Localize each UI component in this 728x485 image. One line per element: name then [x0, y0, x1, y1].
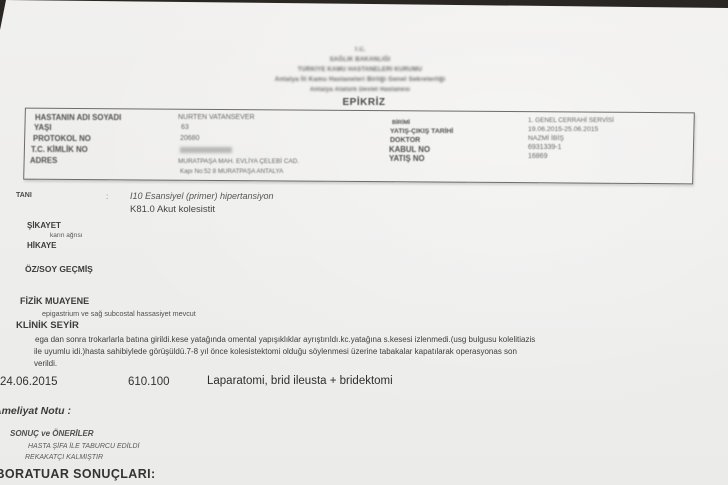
value-age: 63 [181, 123, 189, 133]
complaint-text: karın ağrısı [50, 232, 83, 239]
operation-code: 610.100 [128, 376, 170, 388]
label-age: YAŞI [34, 123, 51, 133]
label-protocol-no: PROTOKOL NO [33, 134, 91, 144]
header-line-tc: T.C. [150, 46, 570, 54]
result-line-1: HASTA ŞİFA İLE TABURCU EDİLDİ [28, 443, 140, 450]
label-history: HİKAYE [27, 241, 57, 250]
label-lab-results: LABORATUAR SONUÇLARI: [0, 467, 156, 481]
header-line-ministry: SAĞLIK BAKANLIĞI [150, 56, 570, 64]
label-tc-id: T.C. KİMLİK NO [31, 145, 88, 155]
result-line-2: REKAKATÇI KALMIŞTIR [25, 454, 103, 461]
label-clinical-course: KLİNİK SEYİR [16, 320, 79, 331]
value-address-line1: MURATPAŞA MAH. EVLİYA ÇELEBİ CAD. [178, 157, 299, 167]
header-line-hospital: Antalya Atatürk Devlet Hastanesi [150, 86, 570, 94]
label-hospitalization-no: YATIŞ NO [389, 154, 425, 164]
label-personal-family-history: ÖZ/SOY GEÇMİŞ [25, 264, 93, 274]
diagnosis-line-2: K81.0 Akut kolesistit [130, 204, 215, 215]
diagnosis-colon: : [106, 192, 108, 201]
label-physical-exam: FİZİK MUAYENE [20, 296, 89, 306]
clinical-course-line-2: ile uyumlu idi.)hasta sahibiylede görüşü… [34, 347, 517, 356]
header-line-union: Antalya İli Kamu Hastaneleri Birliği Gen… [150, 76, 570, 84]
label-surgery-note: Ameliyat Notu : [0, 405, 71, 417]
label-results-recommendations: SONUÇ ve ÖNERİLER [10, 429, 94, 438]
clinical-course-line-3: verildi. [34, 359, 57, 368]
value-tc-id-redacted [180, 145, 232, 155]
value-address-line2: Kapı No:52 8 MURATPAŞA ANTALYA [180, 167, 283, 177]
label-address: ADRES [30, 156, 57, 166]
operation-name: Laparatomi, brid ileusta + bridektomi [207, 375, 393, 387]
physical-exam-text: epigastrium ve sağ subcostal hassasiyet … [42, 309, 196, 318]
label-complaint: ŞİKAYET [27, 221, 61, 230]
value-hospitalization-no: 16869 [528, 152, 547, 162]
value-protocol-no: 20680 [180, 134, 199, 144]
value-patient-name: NURTEN VATANSEVER [178, 113, 255, 123]
document-page: T.C. SAĞLIK BAKANLIĞI TÜRKİYE KAMU HASTA… [0, 0, 728, 485]
operation-date: 24.06.2015 [0, 376, 58, 388]
page-title: EPİKRİZ [0, 97, 728, 108]
label-diagnosis: TANI [16, 192, 32, 199]
label-patient-name: HASTANIN ADI SOYADI [35, 113, 121, 123]
diagnosis-line-1: I10 Esansiyel (primer) hipertansiyon [130, 191, 274, 201]
clinical-course-line-1: ega dan sonra trokarlarla batına girildi… [35, 335, 535, 344]
header-line-institution: TÜRKİYE KAMU HASTANELERİ KURUMU [150, 66, 570, 74]
